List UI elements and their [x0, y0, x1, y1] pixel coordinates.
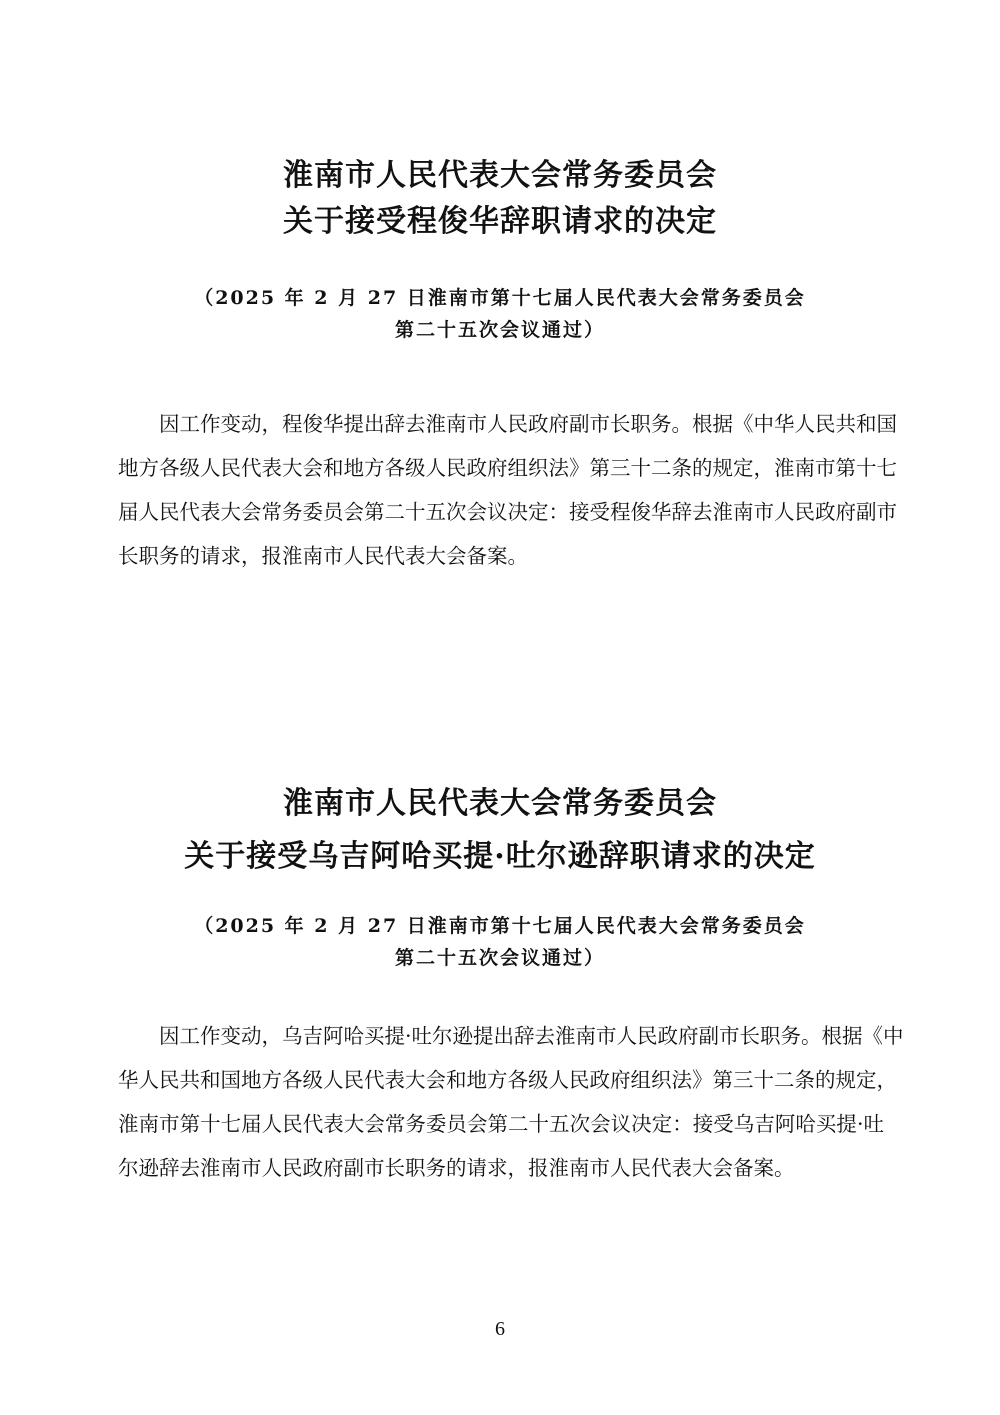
decision-1-title-line-1: 淮南市人民代表大会常务委员会	[0, 152, 1000, 200]
decision-2-title-line-2: 关于接受乌吉阿哈买提·吐尔逊辞职请求的决定	[0, 833, 1000, 881]
body-line: 淮南市第十七届人民代表大会常务委员会第二十五次会议决定：接受乌吉阿哈买提·吐	[118, 1102, 884, 1146]
body-line: 地方各级人民代表大会和地方各级人民政府组织法》第三十二条的规定，淮南市第十七	[118, 446, 884, 490]
page-number: 6	[0, 1318, 1000, 1341]
body-line: 届人民代表大会常务委员会第二十五次会议决定：接受程俊华辞去淮南市人民政府副市	[118, 490, 884, 534]
decision-1-subtitle-line-2: 第二十五次会议通过）	[0, 314, 1000, 346]
decision-1-title-line-2: 关于接受程俊华辞职请求的决定	[0, 198, 1000, 246]
decision-2-subtitle-line-1: （2025 年 2 月 27 日淮南市第十七届人民代表大会常务委员会	[0, 910, 1000, 942]
body-line: 尔逊辞去淮南市人民政府副市长职务的请求，报淮南市人民代表大会备案。	[118, 1146, 884, 1190]
decision-2-subtitle-line-2: 第二十五次会议通过）	[0, 942, 1000, 974]
decision-1-body: 因工作变动，程俊华提出辞去淮南市人民政府副市长职务。根据《中华人民共和国 地方各…	[118, 402, 884, 578]
decision-2-body: 因工作变动，乌吉阿哈买提·吐尔逊提出辞去淮南市人民政府副市长职务。根据《中 华人…	[118, 1014, 884, 1190]
body-line: 因工作变动，乌吉阿哈买提·吐尔逊提出辞去淮南市人民政府副市长职务。根据《中	[118, 1014, 884, 1058]
decision-2-title-line-1: 淮南市人民代表大会常务委员会	[0, 780, 1000, 828]
body-line: 长职务的请求，报淮南市人民代表大会备案。	[118, 534, 884, 578]
body-line: 华人民共和国地方各级人民代表大会和地方各级人民政府组织法》第三十二条的规定，	[118, 1058, 884, 1102]
decision-1-subtitle-line-1: （2025 年 2 月 27 日淮南市第十七届人民代表大会常务委员会	[0, 282, 1000, 314]
body-line: 因工作变动，程俊华提出辞去淮南市人民政府副市长职务。根据《中华人民共和国	[118, 402, 884, 446]
